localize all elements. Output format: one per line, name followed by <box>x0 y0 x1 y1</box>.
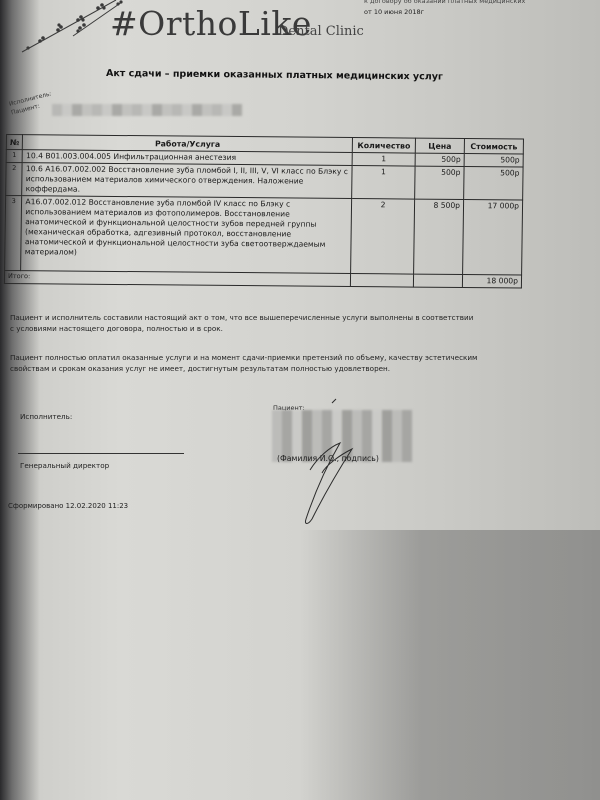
row-service: A16.07.002.012 Восстановление зуба пломб… <box>21 196 352 274</box>
row-price: 8 500р <box>414 199 464 274</box>
total-label: Итого: <box>4 270 350 286</box>
contract-reference: к договору об оказании платных медицинск… <box>364 0 525 18</box>
payment-statement: Пациент полностью оплатил оказанные услу… <box>10 352 477 374</box>
total-value: 18 000р <box>462 274 521 288</box>
generated-timestamp: Сформировано 12.02.2020 11:23 <box>8 502 128 510</box>
executor-signature-label: Исполнитель: <box>20 412 72 421</box>
row-service: 10.6 A16.07.002.002 Восстановление зуба … <box>22 163 352 199</box>
row-quantity: 2 <box>351 199 415 275</box>
row-number: 1 <box>6 150 23 163</box>
completion-statement-line: Пациент и исполнитель составили настоящи… <box>10 312 473 323</box>
services-table: № Работа/Услуга Количество Цена Стоимост… <box>4 134 524 289</box>
contract-reference-line: к договору об оказании платных медицинск… <box>364 0 525 7</box>
clinic-subtitle: Dental Clinic <box>278 24 364 39</box>
row-number: 3 <box>5 195 22 270</box>
completion-statement: Пациент и исполнитель составили настоящи… <box>10 312 473 334</box>
row-cost: 500р <box>464 153 523 167</box>
row-number: 2 <box>6 163 23 196</box>
document-title: Акт сдачи – приемки оказанных платных ме… <box>106 68 443 83</box>
page-shadow <box>0 530 600 800</box>
table-row: 3 A16.07.002.012 Восстановление зуба пло… <box>5 195 523 275</box>
col-price: Цена <box>415 138 464 153</box>
row-quantity: 1 <box>352 166 415 200</box>
contract-date: от 10 июня 2018г <box>364 7 525 18</box>
row-cost: 500р <box>464 166 523 200</box>
party-labels: Исполнитель: Пациент: <box>8 89 55 117</box>
payment-statement-line: Пациент полностью оплатил оказанные услу… <box>10 352 477 363</box>
executor-signature-line <box>18 453 184 454</box>
row-quantity: 1 <box>352 153 415 167</box>
total-empty-price <box>413 274 462 287</box>
col-quantity: Количество <box>352 138 415 154</box>
executor-position: Генеральный директор <box>20 461 109 470</box>
row-cost: 17 000р <box>463 199 523 275</box>
redacted-party-info <box>52 104 242 116</box>
total-empty-qty <box>350 274 413 288</box>
handwritten-signature-icon <box>300 395 400 535</box>
col-cost: Стоимость <box>464 139 523 155</box>
completion-statement-line: с условиями настоящего договора, полност… <box>10 323 473 334</box>
col-number: № <box>6 135 23 150</box>
payment-statement-line: свойствам и срокам оказания услуг не име… <box>10 363 477 374</box>
table-row: 2 10.6 A16.07.002.002 Восстановление зуб… <box>6 163 523 201</box>
row-price: 500р <box>415 153 464 166</box>
row-price: 500р <box>415 166 464 199</box>
